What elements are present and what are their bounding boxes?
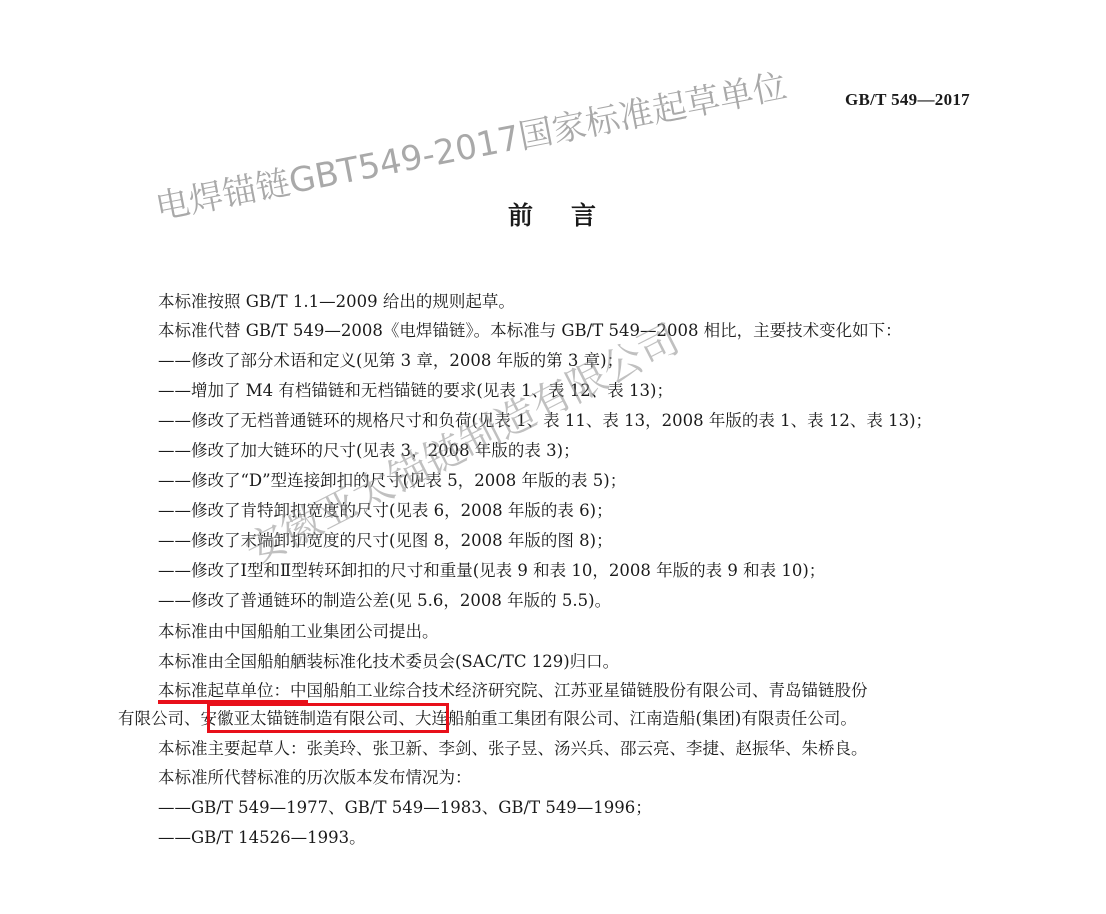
drafting-units-label: 本标准起草单位	[158, 681, 274, 700]
standard-code: GB/T 549—2017	[845, 90, 970, 110]
red-box-annotation	[207, 703, 449, 733]
paragraph-drafters: 本标准主要起草人：张美玲、张卫新、李剑、张子昱、汤兴兵、邵云亮、李捷、赵振华、朱…	[158, 738, 868, 760]
history-item: ——GB/T 14526—1993。	[158, 827, 366, 849]
paragraph-drafting-units-line1: 本标准起草单位：中国船舶工业综合技术经济研究院、江苏亚星锚链股份有限公司、青岛锚…	[158, 680, 868, 702]
change-item: ——修改了Ⅰ型和Ⅱ型转环卸扣的尺寸和重量(见表 9 和表 10，2008 年版的…	[158, 560, 825, 582]
change-item: ——修改了普通链环的制造公差(见 5.6，2008 年版的 5.5)。	[158, 590, 611, 612]
paragraph-proposed-by: 本标准由中国船舶工业集团公司提出。	[158, 621, 439, 643]
change-item: ——修改了末端卸扣宽度的尺寸(见图 8，2008 年版的图 8)；	[158, 530, 613, 552]
title-char-1: 前	[508, 201, 535, 230]
change-item: ——修改了部分术语和定义(见第 3 章，2008 年版的第 3 章)；	[158, 350, 623, 372]
drafting-units-list-part3: 、大连船舶重工集团有限公司、江南造船(集团)有限责任公司。	[399, 709, 857, 728]
change-item: ——修改了无档普通链环的规格尺寸和负荷(见表 1、表 11、表 13，2008 …	[158, 410, 932, 432]
change-item: ——修改了加大链环的尺寸(见表 3，2008 年版的表 3)；	[158, 440, 580, 462]
change-item: ——修改了“D”型连接卸扣的尺寸(见表 5，2008 年版的表 5)；	[158, 470, 626, 492]
drafting-units-list-part1: ：中国船舶工业综合技术经济研究院、江苏亚星锚链股份有限公司、青岛锚链股份	[274, 681, 868, 700]
change-item: ——增加了 M4 有档锚链和无档锚链的要求(见表 1、表 12、表 13)；	[158, 380, 673, 402]
change-item: ——修改了肯特卸扣宽度的尺寸(见表 6，2008 年版的表 6)；	[158, 500, 613, 522]
page-title: 前言	[0, 196, 1106, 232]
history-item: ——GB/T 549—1977、GB/T 549—1983、GB/T 549—1…	[158, 797, 652, 819]
drafting-units-list-part2: 有限公司、	[118, 709, 201, 728]
paragraph-replaces: 本标准代替 GB/T 549—2008《电焊锚链》。本标准与 GB/T 549—…	[158, 320, 902, 342]
paragraph-history-intro: 本标准所代替标准的历次版本发布情况为：	[158, 767, 472, 789]
paragraph-drafting-rules: 本标准按照 GB/T 1.1—2009 给出的规则起草。	[158, 291, 515, 313]
title-char-2: 言	[571, 201, 598, 230]
paragraph-centralized-by: 本标准由全国船舶舾装标准化技术委员会(SAC/TC 129)归口。	[158, 651, 619, 673]
